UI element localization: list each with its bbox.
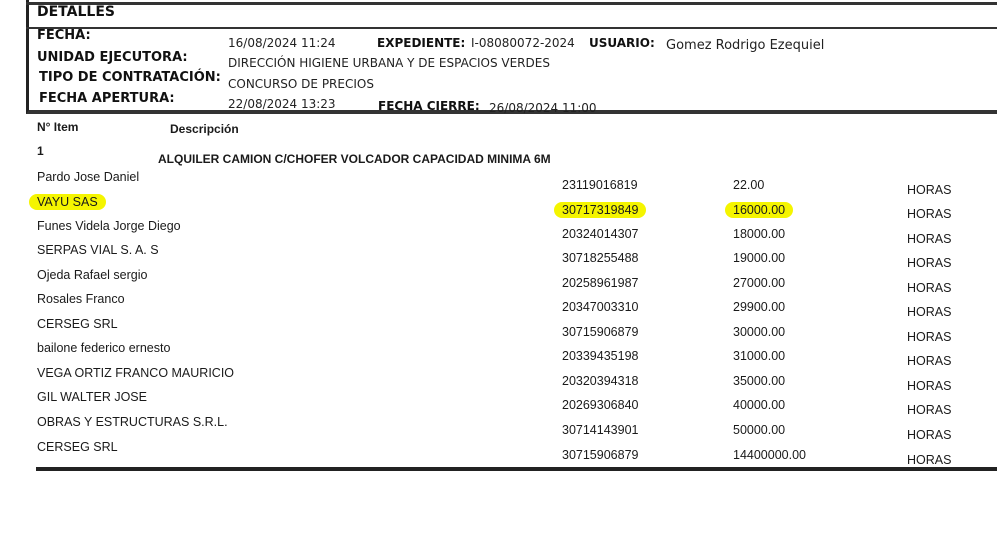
- table-row: Pardo Jose Daniel2311901681922.00HORAS: [0, 170, 997, 194]
- table-row: OBRAS Y ESTRUCTURAS S.R.L.30714143901500…: [0, 415, 997, 439]
- table-row: CERSEG SRL3071590687930000.00HORAS: [0, 317, 997, 341]
- table-row: bailone federico ernesto2033943519831000…: [0, 341, 997, 365]
- cierre-value: 26/08/2024 11:00: [489, 101, 597, 115]
- bid-price: 18000.00: [733, 227, 785, 241]
- bid-price: 19000.00: [733, 251, 785, 265]
- bidder-cuit: 20324014307: [562, 227, 638, 241]
- expediente-value: I-08080072-2024: [471, 36, 575, 50]
- header-divider: [26, 27, 997, 29]
- bid-price: 31000.00: [733, 349, 785, 363]
- bid-price: 50000.00: [733, 423, 785, 437]
- unidad-label: UNIDAD EJECUTORA:: [37, 50, 188, 65]
- bidder-name: CERSEG SRL: [37, 317, 118, 331]
- bidder-cuit: 30718255488: [562, 251, 638, 265]
- bidder-cuit: 20258961987: [562, 276, 638, 290]
- table-row: Rosales Franco2034700331029900.00HORAS: [0, 292, 997, 316]
- bidder-cuit: 23119016819: [562, 178, 638, 192]
- bid-price: 30000.00: [733, 325, 785, 339]
- item-description: ALQUILER CAMION C/CHOFER VOLCADOR CAPACI…: [158, 152, 551, 166]
- item-number: 1: [37, 144, 44, 158]
- table-row: VAYU SAS3071731984916000.00HORAS: [0, 194, 997, 218]
- bidder-name: Ojeda Rafael sergio: [37, 268, 147, 282]
- tipo-label: TIPO DE CONTRATACIÓN:: [39, 70, 221, 85]
- bidder-cuit: 30714143901: [562, 423, 638, 437]
- table-row: GIL WALTER JOSE2026930684040000.00HORAS: [0, 390, 997, 414]
- tipo-value: CONCURSO DE PRECIOS: [228, 77, 374, 91]
- col-desc-header: Descripción: [170, 122, 239, 136]
- table-row: SERPAS VIAL S. A. S3071825548819000.00HO…: [0, 243, 997, 267]
- bidder-cuit: 30715906879: [562, 325, 638, 339]
- bidder-name: GIL WALTER JOSE: [37, 390, 147, 404]
- cierre-label: FECHA CIERRE:: [378, 99, 480, 113]
- top-divider: [26, 2, 997, 5]
- bidder-name: Funes Videla Jorge Diego: [37, 219, 181, 233]
- bidder-cuit: 20320394318: [562, 374, 638, 388]
- bid-price: 35000.00: [733, 374, 785, 388]
- bidder-name: VEGA ORTIZ FRANCO MAURICIO: [37, 366, 234, 380]
- expediente-label: EXPEDIENTE:: [377, 36, 465, 50]
- bid-price: 27000.00: [733, 276, 785, 290]
- apertura-value: 22/08/2024 13:23: [228, 97, 336, 111]
- bidder-name: bailone federico ernesto: [37, 341, 170, 355]
- apertura-label: FECHA APERTURA:: [39, 91, 175, 106]
- usuario-value: Gomez Rodrigo Ezequiel: [666, 38, 824, 53]
- bidder-cuit: 20269306840: [562, 398, 638, 412]
- bidder-cuit: 30717319849: [554, 202, 646, 218]
- fecha-label: FECHA:: [37, 28, 91, 43]
- bidder-name: OBRAS Y ESTRUCTURAS S.R.L.: [37, 415, 228, 429]
- bidder-cuit: 20347003310: [562, 300, 638, 314]
- unidad-value: DIRECCIÓN HIGIENE URBANA Y DE ESPACIOS V…: [228, 56, 550, 70]
- fecha-value: 16/08/2024 11:24: [228, 36, 336, 50]
- usuario-label: USUARIO:: [589, 36, 655, 50]
- bid-price: 22.00: [733, 178, 764, 192]
- table-row: VEGA ORTIZ FRANCO MAURICIO20320394318350…: [0, 366, 997, 390]
- bid-price: 14400000.00: [733, 448, 806, 462]
- bid-price: 16000.00: [725, 202, 793, 218]
- bidder-cuit: 20339435198: [562, 349, 638, 363]
- bidder-name: Pardo Jose Daniel: [37, 170, 139, 184]
- bid-price: 29900.00: [733, 300, 785, 314]
- bidder-name: VAYU SAS: [29, 194, 106, 210]
- bottom-divider: [36, 467, 997, 471]
- bid-price: 40000.00: [733, 398, 785, 412]
- bidder-name: CERSEG SRL: [37, 440, 118, 454]
- bidder-name: Rosales Franco: [37, 292, 125, 306]
- col-item-header: N° Item: [37, 120, 78, 134]
- table-row: Funes Videla Jorge Diego2032401430718000…: [0, 219, 997, 243]
- table-row: Ojeda Rafael sergio2025896198727000.00HO…: [0, 268, 997, 292]
- bidder-name: SERPAS VIAL S. A. S: [37, 243, 159, 257]
- bidder-cuit: 30715906879: [562, 448, 638, 462]
- bid-unit: HORAS: [907, 453, 951, 467]
- table-row: CERSEG SRL3071590687914400000.00HORAS: [0, 440, 997, 464]
- section-title: DETALLES: [37, 4, 115, 20]
